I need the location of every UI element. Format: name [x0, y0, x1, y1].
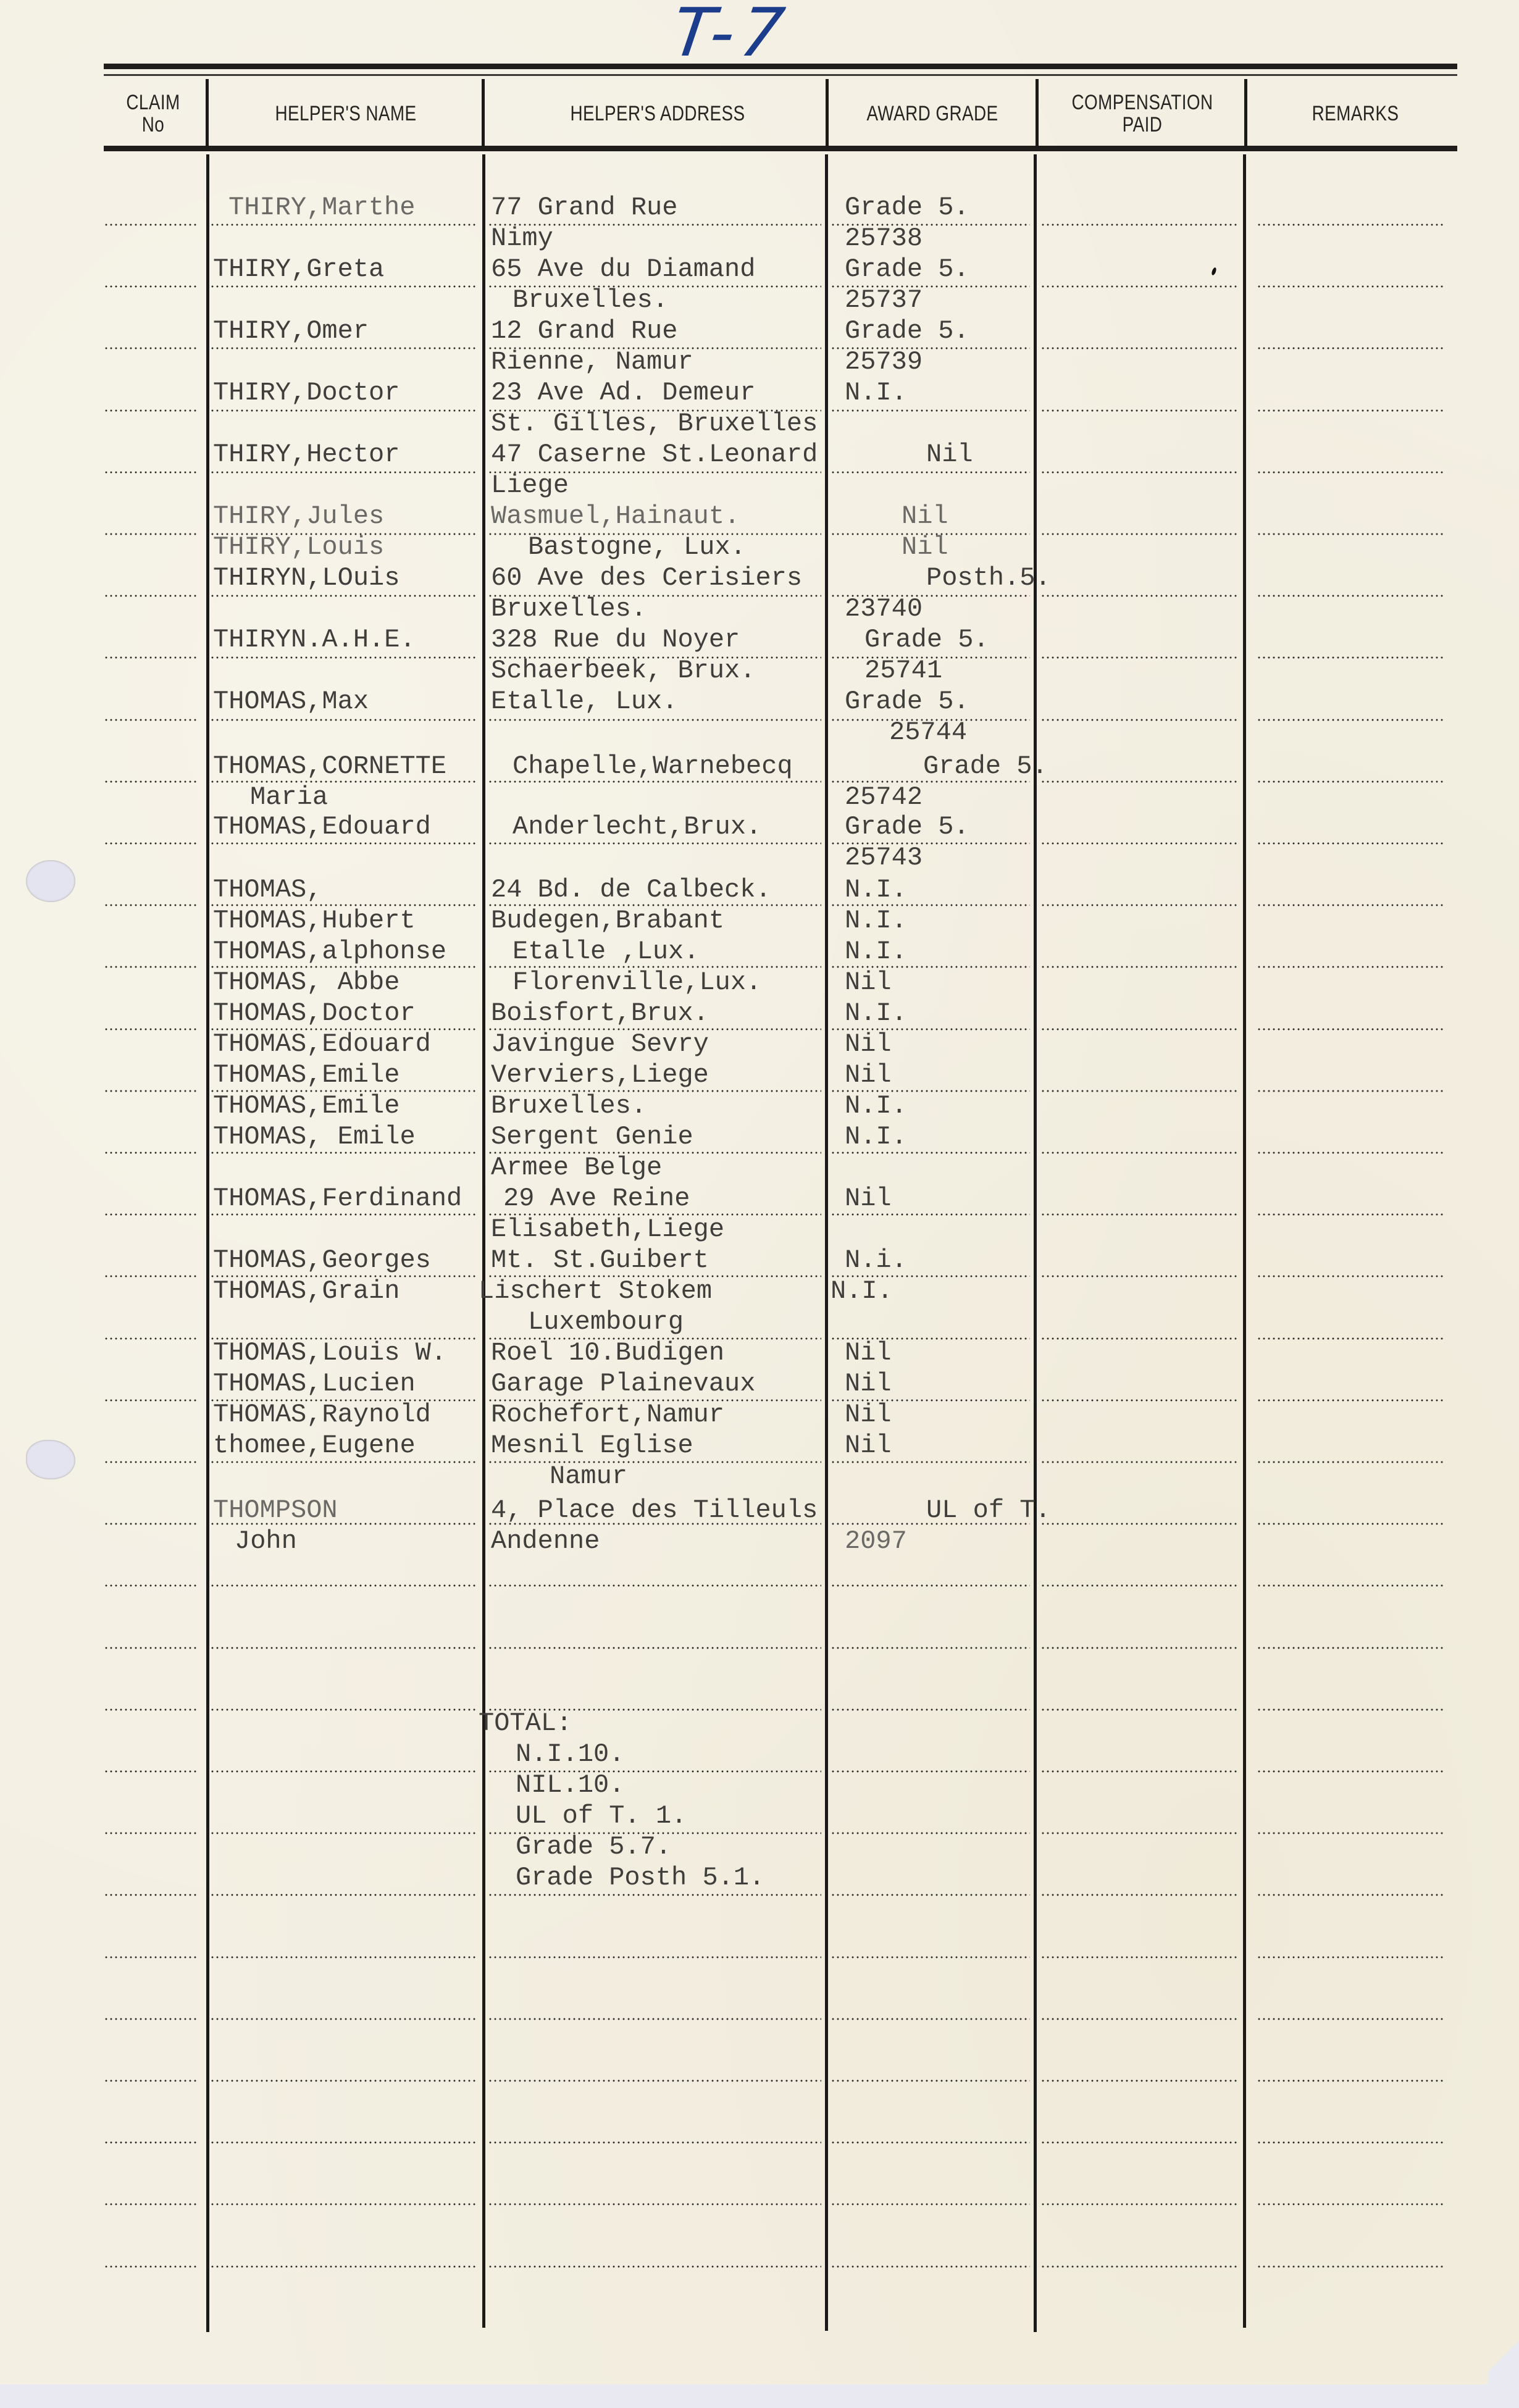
entry-address: 24 Bd. de Calbeck. [491, 877, 771, 903]
dotted-rule-segment [210, 1584, 475, 1587]
dotted-rule-segment [488, 2203, 821, 2205]
dotted-rule-segment [831, 1708, 1030, 1711]
entry-address: 29 Ave Reine [503, 1185, 690, 1211]
entry-award: Grade 5. [845, 688, 969, 714]
dotted-rule-segment [831, 1894, 1030, 1896]
column-header-remarks: REMARKS [1272, 80, 1439, 148]
entry-award: Nil [845, 1031, 892, 1057]
dotted-rule-segment [210, 2018, 475, 2020]
entry-name: THOMAS, Abbe [213, 969, 400, 995]
dotted-rule-segment [1040, 471, 1238, 474]
dotted-rule-segment [210, 285, 475, 288]
dotted-rule-segment [1257, 780, 1445, 783]
dotted-rule-segment [1257, 471, 1445, 474]
entry-address: Mesnil Eglise [491, 1432, 693, 1458]
header-top-thin-rule [104, 74, 1457, 76]
dotted-rule-segment [1257, 1152, 1445, 1154]
dotted-rule-segment [1040, 842, 1238, 845]
dotted-rule-segment [1257, 1090, 1445, 1092]
dotted-rule-segment [210, 1213, 475, 1216]
dotted-rule-segment [1257, 1461, 1445, 1463]
dotted-rule-segment [1257, 904, 1445, 906]
dotted-rule-segment [210, 595, 475, 597]
entry-name: THOMAS,Louis W. [213, 1340, 446, 1366]
header-divider [482, 79, 485, 147]
entry-award: N.I. [831, 1278, 893, 1304]
entry-award: Nil [845, 1402, 892, 1428]
entry-address-line-2: Bruxelles. [491, 596, 647, 622]
dotted-row-rule [0, 1770, 1354, 1773]
dotted-rule-segment [1257, 2018, 1445, 2020]
entry-name: THOMAS,Ferdinand [213, 1185, 462, 1211]
entry-award: Grade 5. [845, 194, 969, 220]
entry-award: Grade 5. [845, 814, 969, 840]
entry-award: Posth.5. [926, 565, 1051, 591]
dotted-rule-segment [104, 1152, 199, 1154]
dotted-row-rule [0, 1832, 1354, 1834]
punch-hole-torn [26, 1440, 75, 1479]
dotted-rule-segment [488, 2265, 821, 2268]
dotted-rule-segment [104, 285, 199, 288]
entry-award-line-2: 23740 [845, 596, 923, 622]
dotted-rule-segment [831, 1647, 1030, 1649]
dotted-rule-segment [1257, 595, 1445, 597]
dotted-rule-segment [104, 1461, 199, 1463]
dotted-row-rule [0, 2018, 1354, 2020]
entry-award-line-2: 2097 [845, 1528, 907, 1554]
dotted-rule-segment [1257, 719, 1445, 721]
dotted-rule-segment [104, 1832, 199, 1834]
entry-name: THOMAS,Raynold [213, 1402, 431, 1428]
dotted-rule-segment [831, 2141, 1030, 2144]
dotted-rule-segment [104, 1894, 199, 1896]
dotted-rule-segment [1040, 1275, 1238, 1277]
dotted-rule-segment [210, 719, 475, 721]
dotted-rule-segment [1040, 1708, 1238, 1711]
dotted-row-rule [0, 1152, 1354, 1154]
dotted-row-rule [0, 2203, 1354, 2205]
dotted-rule-segment [1257, 1028, 1445, 1031]
column-divider-name-address [482, 154, 485, 2328]
column-header-helper-name: HELPER'S NAME [235, 80, 458, 148]
entry-address: Lischert Stokem [479, 1278, 712, 1304]
header-divider [826, 79, 829, 147]
dotted-rule-segment [1257, 224, 1445, 226]
entry-award: Nil [845, 969, 892, 995]
entry-award: Nil [845, 1340, 892, 1366]
entry-award-line-2: 25741 [864, 658, 942, 684]
dotted-rule-segment [831, 409, 1030, 412]
entry-name-line-2: Maria [250, 784, 328, 810]
dotted-rule-segment [104, 1090, 199, 1092]
entry-address-line-2: Schaerbeek, Brux. [491, 658, 755, 684]
entry-award: Nil [902, 503, 948, 529]
dotted-rule-segment [488, 1956, 821, 1959]
dotted-row-rule [0, 1894, 1354, 1896]
header-top-rule [104, 64, 1457, 69]
dotted-rule-segment [1257, 842, 1445, 845]
dotted-rule-segment [1257, 2080, 1445, 2082]
entry-name: THOMAS,Grain [213, 1278, 400, 1304]
dotted-rule-segment [1040, 1028, 1238, 1031]
dotted-rule-segment [1257, 1647, 1445, 1649]
dotted-rule-segment [210, 2080, 475, 2082]
dotted-rule-segment [1257, 1399, 1445, 1402]
entry-address-line-2: Namur [550, 1463, 627, 1489]
dotted-rule-segment [1257, 1275, 1445, 1277]
entry-name-line-2: John [235, 1528, 297, 1554]
totals-line: UL of T. 1. [516, 1803, 687, 1829]
entry-award-line-2: 25742 [845, 784, 923, 810]
dotted-rule-segment [210, 842, 475, 845]
entry-address: Javingue Sevry [491, 1031, 709, 1057]
entry-name: THIRY,Greta [213, 256, 384, 282]
dotted-rule-segment [104, 2203, 199, 2205]
entry-address: 23 Ave Ad. Demeur [491, 380, 755, 406]
dotted-rule-segment [1040, 2018, 1238, 2020]
dotted-rule-segment [831, 2018, 1030, 2020]
column-divider-address-award [825, 154, 828, 2331]
header-divider [1244, 79, 1247, 147]
dotted-rule-segment [488, 2018, 821, 2020]
dotted-rule-segment [1040, 224, 1238, 226]
column-divider-compensation-remarks [1243, 154, 1246, 2328]
dotted-rule-segment [831, 1956, 1030, 1959]
dotted-rule-segment [1257, 1523, 1445, 1525]
dotted-rule-segment [1257, 2141, 1445, 2144]
entry-address: 4, Place des Tilleuls [491, 1497, 818, 1523]
entry-award: Grade 5. [864, 627, 989, 653]
sheet-reference: T-7 [668, 0, 793, 67]
dotted-rule-segment [210, 1708, 475, 1711]
entry-name: THOMAS,Emile [213, 1062, 400, 1088]
entry-address-line-2: Bruxelles. [513, 287, 668, 313]
entry-address: Verviers,Liege [491, 1062, 709, 1088]
entry-address: Roel 10.Budigen [491, 1340, 724, 1366]
dotted-rule-segment [831, 1461, 1030, 1463]
entry-award-line-2: 25744 [889, 719, 967, 745]
dotted-rule-segment [1257, 2203, 1445, 2205]
entry-address: Budegen,Brabant [491, 908, 724, 934]
dotted-rule-segment [831, 471, 1030, 474]
dotted-rule-segment [104, 656, 199, 659]
entry-name: THOMAS,Edouard [213, 814, 431, 840]
entry-award: N.I. [845, 939, 907, 964]
entry-name: THIRY,Marthe [228, 194, 415, 220]
dotted-rule-segment [1040, 2141, 1238, 2144]
entry-award: Grade 5. [845, 318, 969, 344]
entry-name: thomee,Eugene [213, 1432, 416, 1458]
form-sheet: T-7 CLAIM No HELPER'S NAME HELPER'S ADDR… [0, 0, 1519, 2385]
entry-name: THIRYN,LOuis [213, 565, 400, 591]
dotted-rule-segment [1257, 1337, 1445, 1340]
dotted-rule-segment [1040, 2265, 1238, 2268]
dotted-rule-segment [1257, 1213, 1445, 1216]
dotted-rule-segment [831, 2203, 1030, 2205]
dotted-rule-segment [104, 842, 199, 845]
entry-name: THIRY,Jules [213, 503, 384, 529]
dotted-rule-segment [1040, 1337, 1238, 1340]
dotted-rule-segment [104, 1337, 199, 1340]
entry-award: N.I. [845, 1124, 907, 1150]
dotted-rule-segment [1257, 1956, 1445, 1959]
dotted-rule-segment [210, 224, 475, 226]
folded-corner [1488, 2328, 1519, 2385]
dotted-rule-segment [488, 1584, 821, 1587]
entry-name: THOMAS,alphonse [213, 939, 446, 964]
dotted-row-rule [0, 285, 1354, 288]
dotted-row-rule [0, 1584, 1354, 1587]
dotted-rule-segment [831, 1584, 1030, 1587]
dotted-row-rule [0, 1461, 1354, 1463]
dotted-rule-segment [1257, 1894, 1445, 1896]
entry-name: THOMAS,Doctor [213, 1000, 416, 1026]
entry-address-line-2: St. Gilles, Bruxelles [491, 411, 818, 437]
dotted-rule-segment [1040, 533, 1238, 535]
dotted-rule-segment [1040, 347, 1238, 349]
ink-mark [1211, 267, 1217, 275]
entry-award: Grade 5. [845, 256, 969, 282]
entry-address: Garage Plainevaux [491, 1371, 755, 1397]
entry-address: 47 Caserne St.Leonard [491, 441, 818, 467]
dotted-rule-segment [1040, 1523, 1238, 1525]
entry-name: THOMAS,Georges [213, 1247, 431, 1273]
entry-address-line-2: Armee Belge [491, 1155, 662, 1181]
dotted-rule-segment [1257, 2265, 1445, 2268]
dotted-rule-segment [210, 1461, 475, 1463]
dotted-row-rule [0, 224, 1354, 226]
dotted-row-rule [0, 2141, 1354, 2144]
entry-award: Grade 5. [923, 753, 1048, 779]
dotted-rule-segment [488, 1894, 821, 1896]
column-header-compensation-paid: COMPENSATION PAID [1059, 80, 1226, 148]
dotted-row-rule [0, 842, 1354, 845]
entry-address-line-2: Nimy [491, 225, 553, 251]
entry-address-line-2: Andenne [491, 1528, 600, 1554]
entry-address: Rochefort,Namur [491, 1402, 724, 1428]
header-divider [1036, 79, 1039, 147]
column-header-helper-address: HELPER'S ADDRESS [519, 80, 797, 148]
column-divider-claim-name [206, 154, 209, 2332]
entry-award: UL of T. [926, 1497, 1051, 1523]
dotted-rule-segment [1040, 966, 1238, 968]
entry-award: Nil [845, 1432, 892, 1458]
column-header-award-grade: AWARD GRADE [849, 80, 1016, 148]
dotted-rule-segment [1040, 1956, 1238, 1959]
dotted-rule-segment [210, 347, 475, 349]
dotted-rule-segment [104, 1647, 199, 1649]
entry-address: Sergent Genie [491, 1124, 693, 1150]
entry-award: Nil [926, 441, 973, 467]
dotted-rule-segment [210, 1956, 475, 1959]
dotted-rule-segment [488, 719, 821, 721]
totals-line: N.I.10. [516, 1741, 624, 1767]
dotted-row-rule [0, 595, 1354, 597]
dotted-rule-segment [1040, 780, 1238, 783]
dotted-rule-segment [831, 2080, 1030, 2082]
dotted-rule-segment [210, 2203, 475, 2205]
entry-name: THIRY,Louis [213, 534, 384, 560]
dotted-rule-segment [488, 2141, 821, 2144]
dotted-rule-segment [1040, 1894, 1238, 1896]
dotted-rule-segment [1040, 409, 1238, 412]
dotted-rule-segment [1040, 1461, 1238, 1463]
dotted-rule-segment [104, 2141, 199, 2144]
dotted-rule-segment [210, 1832, 475, 1834]
dotted-rule-segment [1040, 1832, 1238, 1834]
dotted-rule-segment [104, 595, 199, 597]
dotted-rule-segment [1040, 2203, 1238, 2205]
dotted-rule-segment [1257, 409, 1445, 412]
entry-address: 60 Ave des Cerisiers [491, 565, 802, 591]
dotted-rule-segment [1257, 533, 1445, 535]
entry-name: THIRYN.A.H.E. [213, 627, 416, 653]
dotted-rule-segment [104, 719, 199, 721]
entry-address: 328 Rue du Noyer [491, 627, 740, 653]
totals-line: Grade 5.7. [516, 1834, 671, 1860]
entry-award-line-2: 25737 [845, 287, 923, 313]
entry-award: Nil [845, 1185, 892, 1211]
entry-address: Florenville,Lux. [513, 969, 761, 995]
dotted-rule-segment [1040, 595, 1238, 597]
entry-name: THOMAS,Hubert [213, 908, 416, 934]
dotted-rule-segment [104, 2080, 199, 2082]
dotted-row-rule [0, 1956, 1354, 1959]
dotted-rule-segment [1257, 656, 1445, 659]
dotted-rule-segment [1040, 1152, 1238, 1154]
entry-address: 77 Grand Rue [491, 194, 677, 220]
dotted-rule-segment [488, 1647, 821, 1649]
entry-award: N.I. [845, 908, 907, 934]
dotted-rule-segment [104, 2018, 199, 2020]
dotted-rule-segment [210, 2141, 475, 2144]
entry-address: Chapelle,Warnebecq [513, 753, 793, 779]
entry-address: Bruxelles. [491, 1093, 647, 1119]
dotted-rule-segment [104, 471, 199, 474]
dotted-rule-segment [1257, 1708, 1445, 1711]
dotted-row-rule [0, 719, 1354, 721]
dotted-rule-segment [104, 1028, 199, 1031]
entry-name: THIRY,Hector [213, 441, 400, 467]
entry-address: Wasmuel,Hainaut. [491, 503, 740, 529]
dotted-rule-segment [1040, 1090, 1238, 1092]
dotted-rule-segment [831, 2265, 1030, 2268]
entry-name: THIRY,Omer [213, 318, 369, 344]
entry-address-line-2: Luxembourg [528, 1309, 684, 1335]
header-divider [206, 79, 209, 147]
dotted-rule-segment [104, 1275, 199, 1277]
dotted-rule-segment [104, 1523, 199, 1525]
dotted-rule-segment [488, 842, 821, 845]
entry-award: Nil [902, 534, 948, 560]
entry-award-line-2: 25739 [845, 349, 923, 375]
dotted-rule-segment [488, 2080, 821, 2082]
dotted-rule-segment [104, 1956, 199, 1959]
dotted-rule-segment [831, 1770, 1030, 1773]
dotted-rule-segment [1040, 719, 1238, 721]
entry-address: Mt. St.Guibert [491, 1247, 709, 1273]
dotted-rule-segment [104, 780, 199, 783]
totals-label: TOTAL: [479, 1710, 572, 1736]
dotted-row-rule [0, 1647, 1354, 1649]
totals-line: Grade Posth 5.1. [516, 1865, 764, 1891]
dotted-rule-segment [210, 1770, 475, 1773]
dotted-rule-segment [210, 471, 475, 474]
dotted-rule-segment [1040, 656, 1238, 659]
dotted-rule-segment [210, 1894, 475, 1896]
entry-address-line-2: Rienne, Namur [491, 349, 693, 375]
entry-address-line-2: Elisabeth,Liege [491, 1216, 724, 1242]
entry-award: N.I. [845, 1000, 907, 1026]
dotted-rule-segment [210, 409, 475, 412]
dotted-rule-segment [104, 1708, 199, 1711]
entry-address: Boisfort,Brux. [491, 1000, 709, 1026]
dotted-rule-segment [1040, 1213, 1238, 1216]
entry-address: Bastogne, Lux. [528, 534, 746, 560]
dotted-row-rule [0, 1708, 1354, 1711]
entry-address: 12 Grand Rue [491, 318, 677, 344]
dotted-rule-segment [1040, 1770, 1238, 1773]
dotted-rule-segment [1040, 285, 1238, 288]
entry-name: THIRY,Doctor [213, 380, 400, 406]
column-divider-award-compensation [1034, 154, 1037, 2332]
entry-name: THOMAS,Max [213, 688, 369, 714]
dotted-row-rule [0, 1090, 1354, 1092]
dotted-rule-segment [1040, 2080, 1238, 2082]
dotted-rule-segment [104, 2265, 199, 2268]
dotted-rule-segment [104, 1770, 199, 1773]
dotted-rule-segment [1257, 347, 1445, 349]
dotted-rule-segment [104, 1584, 199, 1587]
dotted-row-rule [0, 2080, 1354, 2082]
entry-award: N.i. [845, 1247, 907, 1273]
dotted-rule-segment [104, 1213, 199, 1216]
entry-address: Etalle, Lux. [491, 688, 677, 714]
entry-award-line-2: 25743 [845, 845, 923, 871]
entry-award: Nil [845, 1062, 892, 1088]
dotted-rule-segment [831, 1213, 1030, 1216]
dotted-row-rule [0, 2265, 1354, 2268]
dotted-rule-segment [1257, 285, 1445, 288]
dotted-rule-segment [1040, 904, 1238, 906]
dotted-rule-segment [1040, 1584, 1238, 1587]
dotted-rule-segment [210, 1647, 475, 1649]
dotted-rule-segment [1257, 1832, 1445, 1834]
dotted-rule-segment [1040, 1399, 1238, 1402]
dotted-rule-segment [1040, 1647, 1238, 1649]
dotted-rule-segment [104, 1399, 199, 1402]
dotted-rule-segment [104, 966, 199, 968]
totals-line: NIL.10. [516, 1772, 624, 1798]
entry-address: 65 Ave du Diamand [491, 256, 755, 282]
entry-address-line-2: Liege [491, 472, 569, 498]
dotted-rule-segment [831, 1832, 1030, 1834]
dotted-rule-segment [1257, 966, 1445, 968]
entry-name: THOMAS,Emile [213, 1093, 400, 1119]
dotted-rule-segment [104, 347, 199, 349]
dotted-rule-segment [831, 1152, 1030, 1154]
dotted-rule-segment [488, 1461, 821, 1463]
entry-award: Nil [845, 1371, 892, 1397]
dotted-rule-segment [1257, 1770, 1445, 1773]
entry-award: N.I. [845, 380, 907, 406]
entry-award-line-2: 25738 [845, 225, 923, 251]
dotted-rule-segment [104, 904, 199, 906]
column-header-claim-no: CLAIM No [112, 80, 193, 148]
entry-name: THOMAS,CORNETTE [213, 753, 446, 779]
entry-name: THOMAS,Edouard [213, 1031, 431, 1057]
dotted-rule-segment [210, 2265, 475, 2268]
